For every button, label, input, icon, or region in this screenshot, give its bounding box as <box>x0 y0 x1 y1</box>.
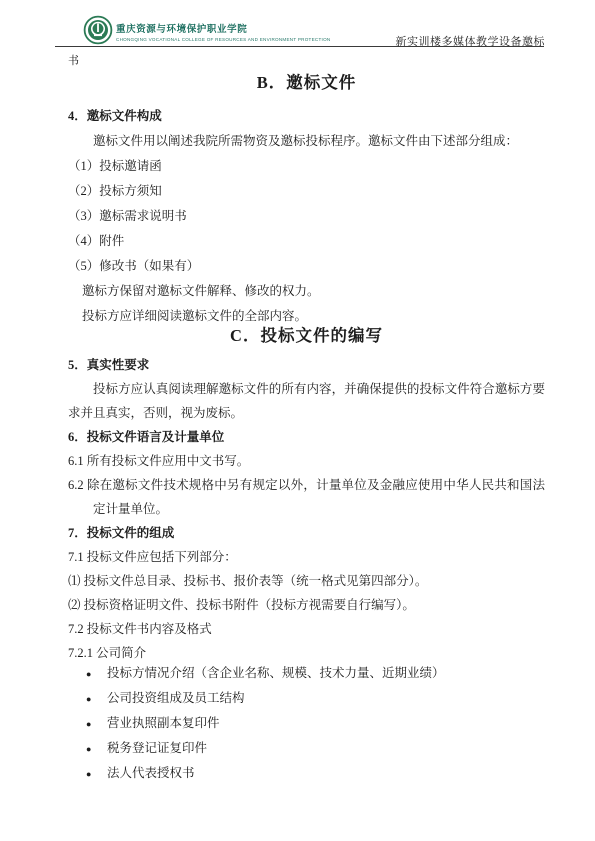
s4-item-3: （3）邀标需求说明书 <box>68 204 545 229</box>
s7-item-72: 7.2 投标文件书内容及格式 <box>68 617 545 641</box>
s4-item-1: （1）投标邀请函 <box>68 154 545 179</box>
bullet-icon: ● <box>86 712 107 736</box>
heading-7: 7．投标文件的组成 <box>68 521 545 545</box>
s7-bullet-list: ● 投标方情况介绍（含企业名称、规模、技术力量、近期业绩） ● 公司投资组成及员… <box>68 661 545 786</box>
page-header: 重庆资源与环境保护职业学院 CHONGQING VOCATIONAL COLLE… <box>0 0 595 70</box>
bullet-icon: ● <box>86 737 107 761</box>
s6-item-62: 6.2 除在邀标文件技术规格中另有规定以外，计量单位及金融应使用中华人民共和国法… <box>68 473 545 521</box>
s5-body: 投标方应认真阅读理解邀标文件的所有内容，并确保提供的投标文件符合邀标方要求并且真… <box>68 377 545 425</box>
s7-sub-2: ⑵ 投标资格证明文件、投标书附件（投标方视需要自行编写）。 <box>68 593 545 617</box>
college-tagline: CHONGQING VOCATIONAL COLLEGE OF RESOURCE… <box>116 37 336 42</box>
list-item: ● 公司投资组成及员工结构 <box>68 686 545 711</box>
s4-item-2: （2）投标方须知 <box>68 179 545 204</box>
s4-item-4: （4）附件 <box>68 229 545 254</box>
list-item: ● 法人代表授权书 <box>68 761 545 786</box>
bullet-icon: ● <box>86 662 107 686</box>
s7-sub-1: ⑴ 投标文件总目录、投标书、报价表等（统一格式见第四部分）。 <box>68 569 545 593</box>
heading-4: 4．邀标文件构成 <box>68 104 545 129</box>
s4-intro: 邀标文件用以阐述我院所需物资及邀标投标程序。邀标文件由下述部分组成： <box>68 129 545 154</box>
list-item: ● 税务登记证复印件 <box>68 736 545 761</box>
s4-item-5: （5）修改书（如果有） <box>68 254 545 279</box>
bullet-icon: ● <box>86 687 107 711</box>
bullet-text: 公司投资组成及员工结构 <box>107 686 545 710</box>
header-doc-title-wrap: 书 <box>68 52 79 68</box>
list-item: ● 投标方情况介绍（含企业名称、规模、技术力量、近期业绩） <box>68 661 545 686</box>
bullet-icon: ● <box>86 762 107 786</box>
heading-5: 5．真实性要求 <box>68 353 545 377</box>
bullet-text: 税务登记证复印件 <box>107 736 545 760</box>
college-identity: 重庆资源与环境保护职业学院 CHONGQING VOCATIONAL COLLE… <box>116 21 336 42</box>
s7-item-71: 7.1 投标文件应包括下列部分： <box>68 545 545 569</box>
list-item: ● 营业执照副本复印件 <box>68 711 545 736</box>
document-body: B．邀标文件 4．邀标文件构成 邀标文件用以阐述我院所需物资及邀标投标程序。邀标… <box>68 70 545 786</box>
s4-note-1: 邀标方保留对邀标文件解释、修改的权力。 <box>68 279 545 304</box>
heading-6: 6．投标文件语言及计量单位 <box>68 425 545 449</box>
header-rule <box>55 46 544 47</box>
college-name: 重庆资源与环境保护职业学院 <box>116 21 336 35</box>
college-logo <box>83 15 113 45</box>
bullet-text: 投标方情况介绍（含企业名称、规模、技术力量、近期业绩） <box>107 661 545 685</box>
bullet-text: 法人代表授权书 <box>107 761 545 785</box>
section-b-title: B．邀标文件 <box>68 70 545 96</box>
college-logo-icon <box>83 15 113 45</box>
s6-item-61: 6.1 所有投标文件应用中文书写。 <box>68 449 545 473</box>
bullet-text: 营业执照副本复印件 <box>107 711 545 735</box>
